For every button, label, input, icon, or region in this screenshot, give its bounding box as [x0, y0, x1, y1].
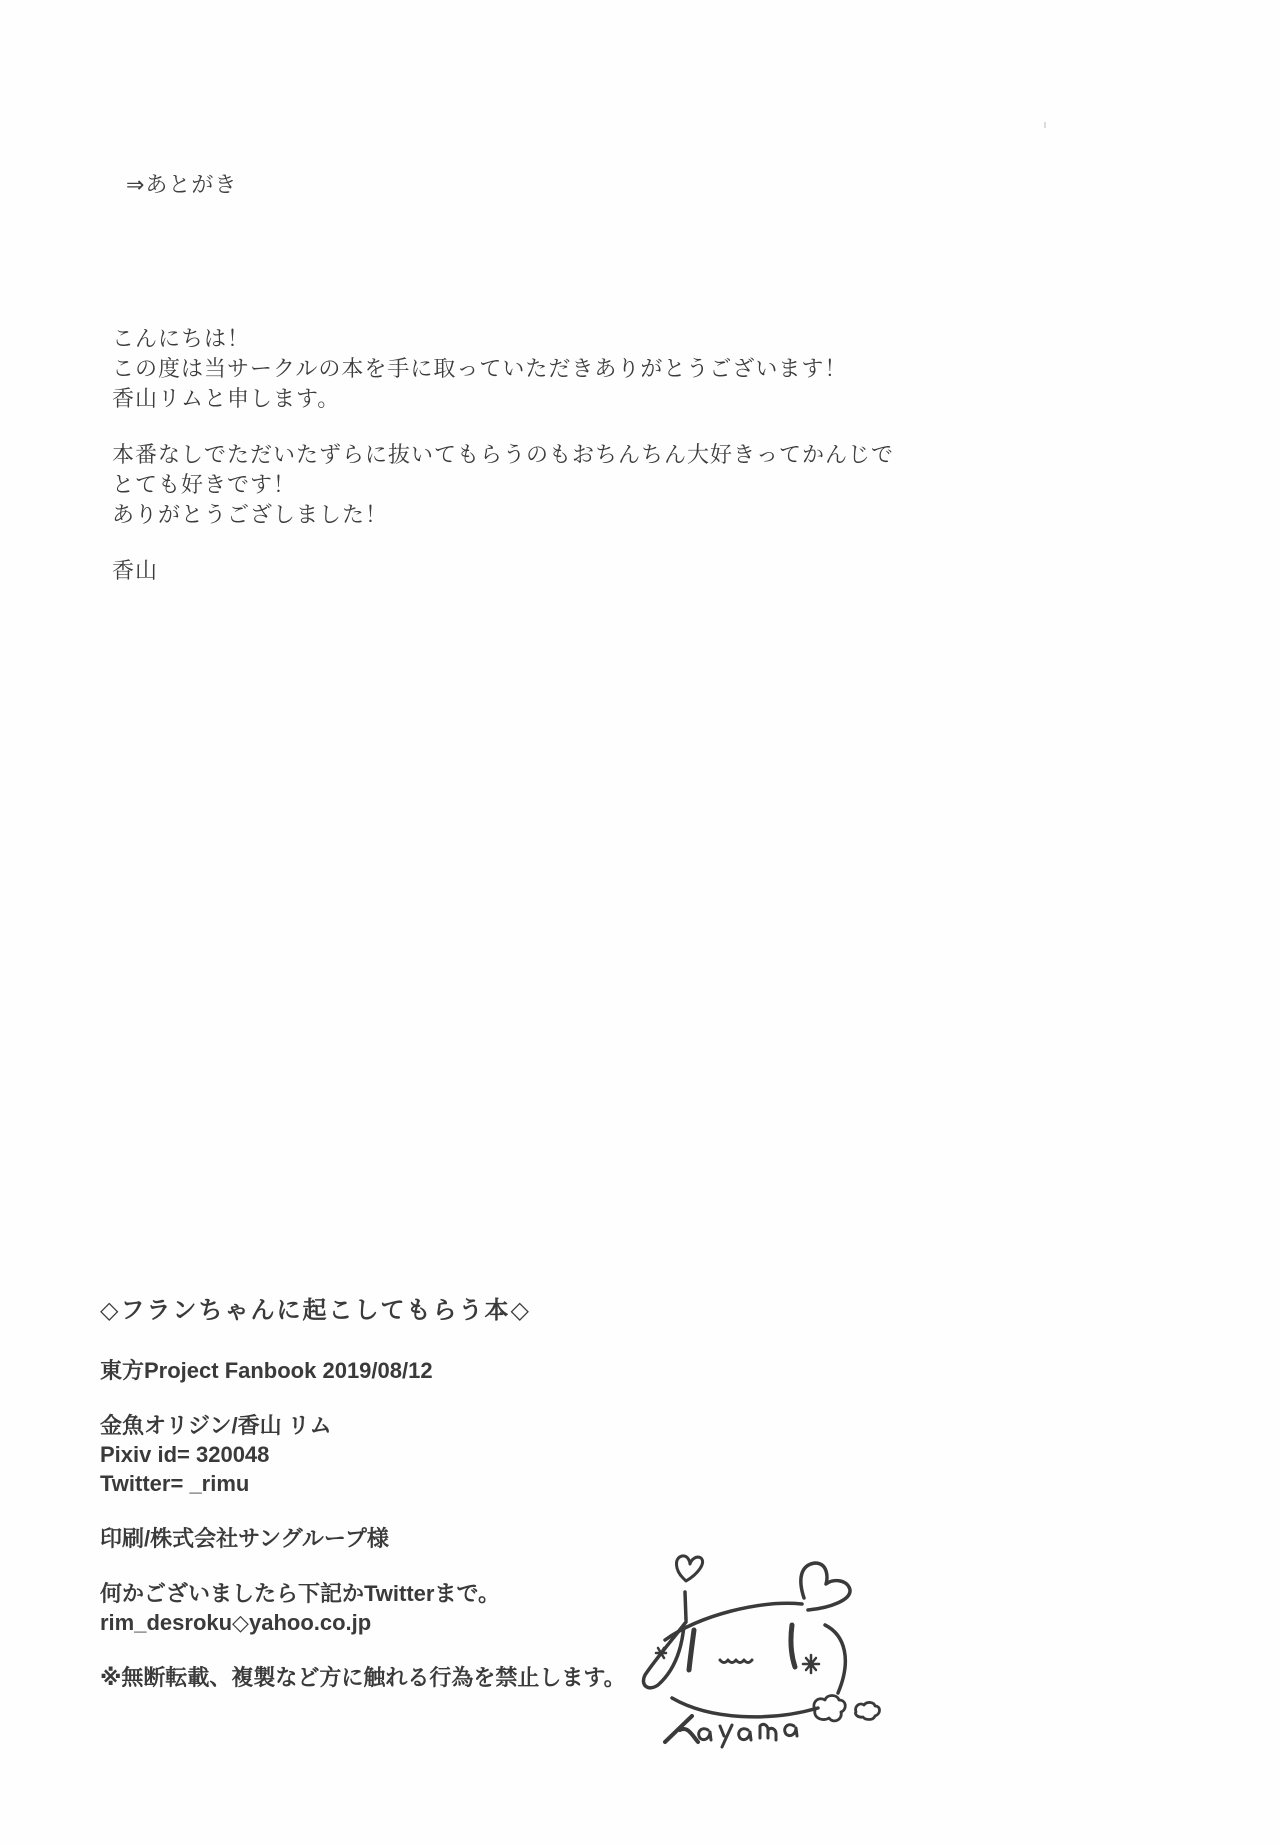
circle-author: 金魚オリジン/香山 リム	[100, 1411, 626, 1440]
signature-doodle-icon	[620, 1530, 920, 1780]
paragraph-gap	[112, 415, 894, 441]
thanks-line: この度は当サークルの本を手に取っていただきありがとうございます！	[112, 355, 894, 385]
twitter-handle: Twitter= _rimu	[100, 1469, 626, 1498]
afterword-page: ⇒あとがき こんにちは！ この度は当サークルの本を手に取っていただきありがとうご…	[0, 0, 1280, 1845]
contact-email: rim_desroku◇yahoo.co.jp	[100, 1608, 626, 1637]
copyright-notice: ※無断転載、複製など方に触れる行為を禁止します。	[100, 1663, 626, 1692]
spacer	[100, 1553, 626, 1579]
paragraph-gap	[112, 531, 894, 557]
book-title: ◇フランちゃんに起こしてもらう本◇	[100, 1296, 626, 1330]
closing-line: ありがとうござしました！	[112, 501, 894, 531]
intro-line: 香山リムと申します。	[112, 385, 894, 415]
spacer	[100, 1330, 626, 1356]
colophon: ◇フランちゃんに起こしてもらう本◇ 東方Project Fanbook 2019…	[100, 1296, 626, 1692]
event-date-line: 東方Project Fanbook 2019/08/12	[100, 1356, 626, 1385]
contact-note: 何かございましたら下記かTwitterまで。	[100, 1579, 626, 1608]
spacer	[100, 1637, 626, 1663]
comment-line-1: 本番なしでただいたずらに抜いてもらうのもおちんちん大好きってかんじで	[112, 441, 894, 471]
paper-speck	[1044, 122, 1046, 128]
spacer	[100, 1498, 626, 1524]
pixiv-id: Pixiv id= 320048	[100, 1440, 626, 1469]
afterword-body: こんにちは！ この度は当サークルの本を手に取っていただきありがとうございます！ …	[112, 325, 894, 587]
comment-line-2: とても好きです！	[112, 471, 894, 501]
greeting-line: こんにちは！	[112, 325, 894, 355]
printer: 印刷/株式会社サングループ様	[100, 1524, 626, 1553]
spacer	[100, 1385, 626, 1411]
afterword-heading: ⇒あとがき	[126, 168, 237, 199]
author-signoff: 香山	[112, 557, 894, 587]
